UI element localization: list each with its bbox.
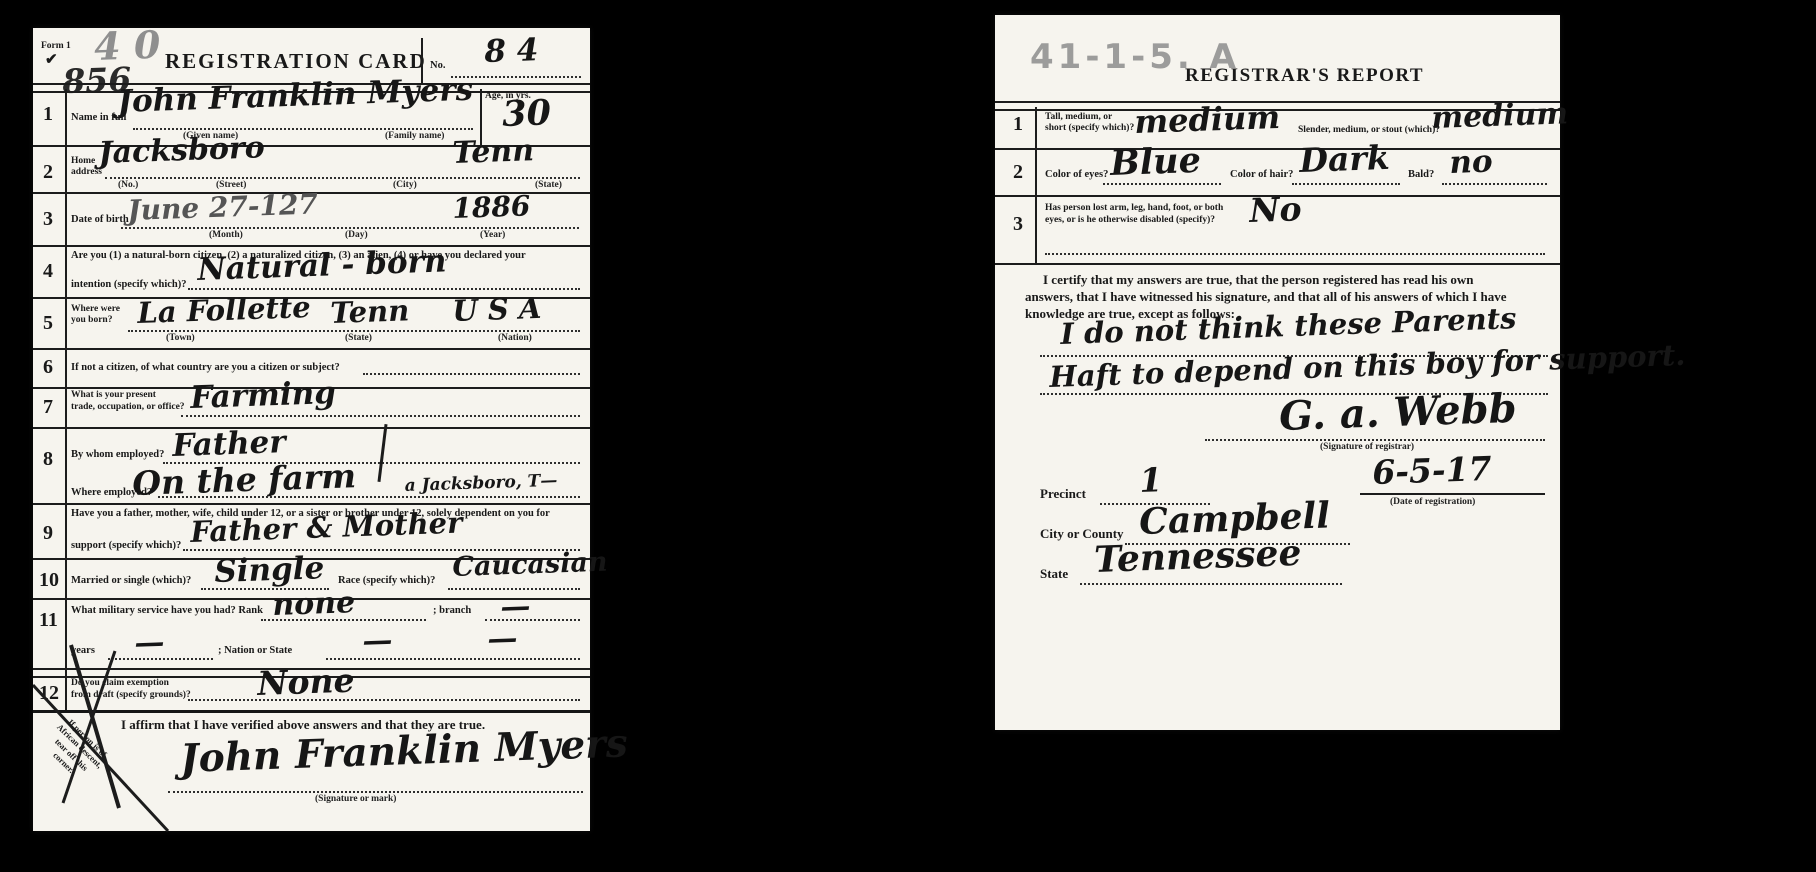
dependent-label-2: support (specify which)? (71, 540, 181, 552)
notcitizen-label: If not a citizen, of what country are yo… (71, 362, 340, 374)
born-state-value: Tenn (330, 293, 410, 330)
citizen-line (188, 288, 580, 290)
military-nation-dash-1: — (362, 623, 393, 659)
home-state-value: Tenn (452, 133, 535, 171)
bald-value: no (1449, 144, 1493, 181)
born-town-value: La Follette (137, 290, 311, 330)
disabled-value: No (1249, 189, 1303, 230)
height-label-1: Tall, medium, or (1045, 112, 1112, 123)
name-value: John Franklin Myers (117, 72, 474, 120)
military-nation-line (326, 658, 580, 660)
row3-number: 3 (43, 208, 53, 230)
certification-line1: I certify that my answers are true, that… (1043, 273, 1474, 288)
born-label-1: Where were (71, 304, 120, 315)
form-number-label: Form 1 (41, 41, 71, 52)
citizen-value: Natural - born (197, 243, 447, 288)
military-nation-label: ; Nation or State (218, 645, 292, 657)
dob-day-sub: (Day) (345, 230, 368, 240)
where-employed-value-2: a Jacksboro, T— (404, 471, 557, 496)
dob-year-sub: (Year) (480, 230, 505, 240)
military-rank-label: What military service have you had? Rank (71, 605, 263, 617)
hair-label: Color of hair? (1230, 169, 1293, 181)
where-employed-line (158, 496, 580, 498)
registration-date-value: 6-5-17 (1372, 449, 1493, 492)
report-row3-rule (995, 263, 1560, 265)
military-rank-line (261, 619, 426, 621)
height-value: medium (1134, 98, 1281, 141)
row7-rule (33, 427, 590, 429)
notcitizen-line (363, 373, 580, 375)
trade-value: Farming (190, 375, 337, 416)
race-value: Caucasian (452, 547, 608, 583)
employer-value: Father (172, 424, 287, 464)
row6-number: 6 (43, 356, 53, 378)
trade-line (181, 415, 580, 417)
card-no-label: No. (430, 60, 445, 72)
row2-number: 2 (43, 161, 53, 183)
report-number-column-rule (1035, 107, 1037, 263)
dob-year-value: 1886 (452, 189, 531, 225)
registration-date-line (1360, 493, 1545, 495)
state-value: Tennessee (1094, 532, 1303, 581)
disabled-label-1: Has person lost arm, leg, hand, foot, or… (1045, 203, 1223, 214)
eyes-label: Color of eyes? (1045, 169, 1108, 181)
precinct-label: Precinct (1040, 487, 1086, 502)
home-state-sub: (State) (535, 180, 562, 190)
family-name-sub: (Family name) (385, 131, 444, 141)
military-rank-value: none (272, 585, 356, 623)
married-label: Married or single (which)? (71, 575, 191, 587)
born-state-sub: (State) (345, 333, 372, 343)
born-town-sub: (Town) (166, 333, 195, 343)
card-title: REGISTRATION CARD (165, 50, 427, 74)
registrar-signature: G. a. Webb (1278, 385, 1517, 440)
home-label-2: address (71, 167, 102, 178)
registration-date-sub: (Date of registration) (1390, 497, 1475, 507)
precinct-value: 1 (1139, 460, 1163, 500)
pen-stroke (377, 424, 387, 482)
dob-month-sub: (Month) (209, 230, 243, 240)
row8-number: 8 (43, 448, 53, 470)
hair-value: Dark (1299, 138, 1391, 180)
report-row3-number: 3 (1013, 213, 1023, 235)
report-row1-number: 1 (1013, 113, 1023, 135)
signature-or-mark-sub: (Signature or mark) (315, 794, 396, 804)
disabled-label-2: eyes, or is he otherwise disabled (speci… (1045, 215, 1215, 226)
dob-line (121, 227, 579, 229)
registrar-signature-sub: (Signature of registrar) (1320, 442, 1414, 452)
row7-number: 7 (43, 396, 53, 418)
employer-label: By whom employed? (71, 449, 164, 461)
height-label-2: short (specify which)? (1045, 123, 1134, 134)
military-branch-label: ; branch (433, 605, 471, 617)
home-city-sub: (City) (393, 180, 417, 190)
disabled-line (1045, 253, 1545, 255)
report-row2-number: 2 (1013, 161, 1023, 183)
born-label-2: you born? (71, 315, 112, 326)
home-line (105, 177, 580, 179)
certification-line2: answers, that I have witnessed his signa… (1025, 290, 1507, 305)
registrars-report-card: 41-1-5. A REGISTRAR'S REPORT 1 Tall, med… (995, 15, 1560, 730)
dob-monthday-value: June 27-127 (127, 187, 319, 227)
registration-card: Form 1 ✔ 4 0 856 REGISTRATION CARD No. 8… (33, 28, 590, 831)
born-nation-value: U S A (452, 291, 542, 328)
row3-rule (33, 245, 590, 247)
state-line (1080, 583, 1342, 585)
hair-line (1292, 183, 1400, 185)
trade-label-1: What is your present (71, 390, 156, 401)
state-label: State (1040, 567, 1068, 582)
row1-number: 1 (43, 103, 53, 125)
military-nation-dash-2: — (487, 621, 518, 657)
eyes-value: Blue (1110, 140, 1202, 184)
card-no-value: 8 4 (484, 32, 539, 70)
scan-background: { "registration_card": { "form_label": "… (0, 0, 1816, 872)
married-value: Single (214, 550, 325, 590)
dob-label: Date of birth (71, 214, 129, 226)
row5-number: 5 (43, 312, 53, 334)
row4-number: 4 (43, 260, 53, 282)
exemption-line (188, 699, 580, 701)
bald-line (1442, 183, 1547, 185)
registrant-signature-line (168, 791, 583, 793)
eyes-line (1103, 183, 1221, 185)
name-line (133, 128, 473, 130)
trade-label-2: trade, occupation, or office? (71, 402, 185, 413)
row8-rule (33, 503, 590, 505)
citizen-label-2: intention (specify which)? (71, 279, 187, 291)
home-street-sub: (Street) (216, 180, 246, 190)
home-no-sub: (No.) (118, 180, 138, 190)
row9-number: 9 (43, 522, 53, 544)
report-title: REGISTRAR'S REPORT (1185, 65, 1424, 86)
build-value: medium (1431, 96, 1569, 136)
registrar-signature-line (1205, 439, 1545, 441)
age-value: 30 (502, 92, 552, 135)
build-label: Slender, medium, or stout (which)? (1298, 125, 1440, 136)
row10-number: 10 (39, 569, 59, 591)
row5-rule (33, 348, 590, 350)
born-line (128, 330, 580, 332)
home-city-value: Jacksboro (98, 130, 266, 171)
home-label-1: Home (71, 156, 95, 167)
exemption-value: None (257, 661, 355, 703)
bald-label: Bald? (1408, 169, 1434, 181)
check-mark-icon: ✔ (45, 52, 58, 69)
born-nation-sub: (Nation) (498, 333, 532, 343)
number-column-rule (65, 89, 67, 710)
